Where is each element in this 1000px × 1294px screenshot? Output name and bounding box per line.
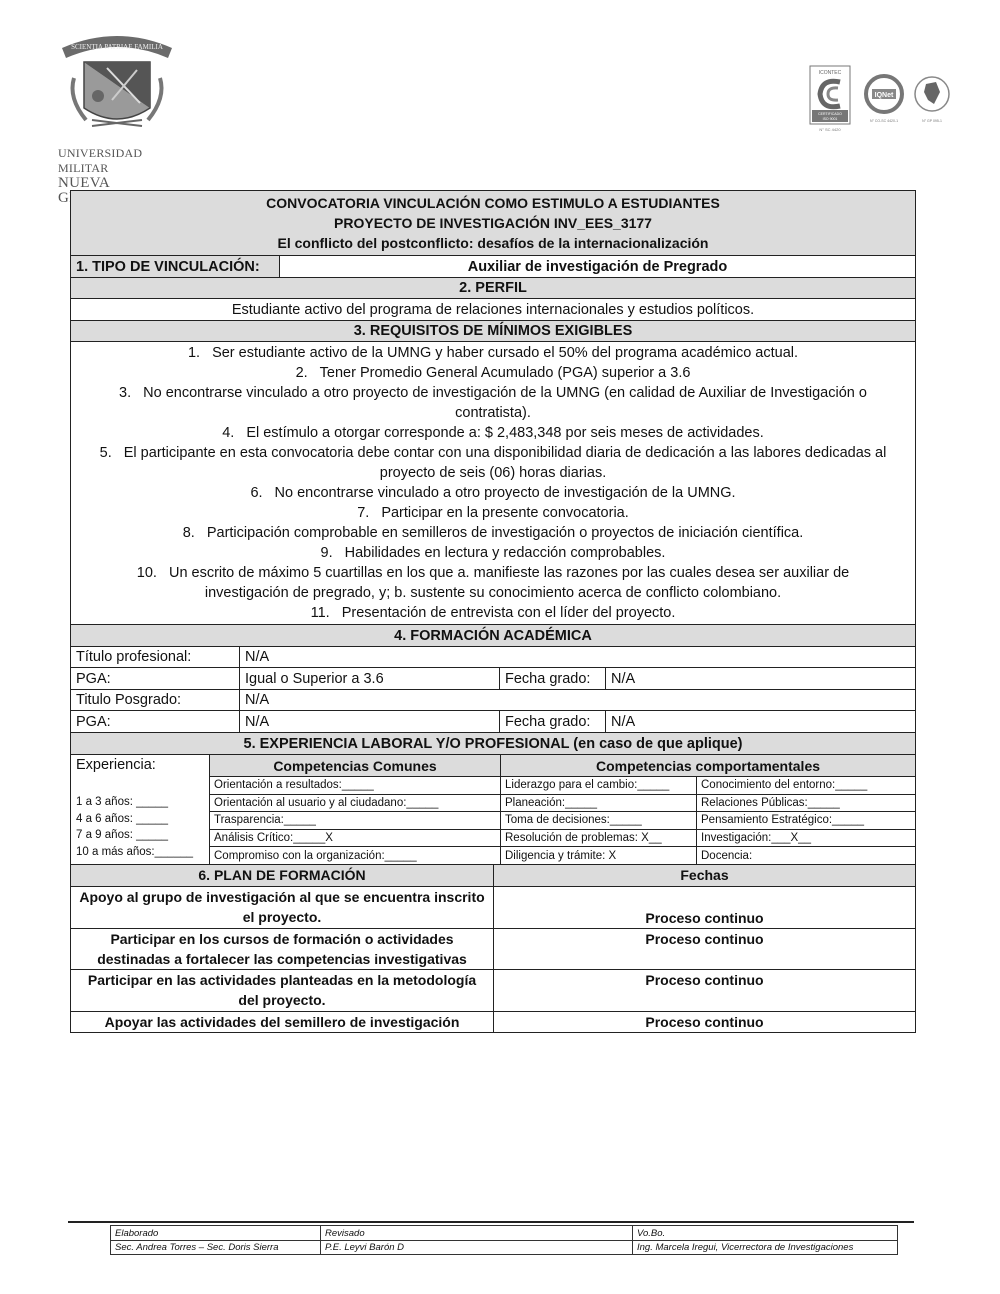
- plan-activity: Participar en las actividades planteadas…: [71, 970, 493, 1011]
- footer-divider: [68, 1221, 914, 1223]
- experiencia-option: 4 a 6 años: _____: [76, 811, 204, 828]
- experiencia-option: 10 a más años:______: [76, 844, 204, 861]
- footer-values-row: Sec. Andrea Torres – Sec. Doris Sierra P…: [111, 1240, 897, 1254]
- pga-value: N/A: [239, 711, 499, 732]
- requisito-item: 11.Presentación de entrevista con el líd…: [79, 603, 907, 623]
- plan-date: Proceso continuo: [493, 887, 915, 928]
- footer-vobo-value: Ing. Marcela Iregui, Vicerrectora de Inv…: [632, 1241, 897, 1254]
- footer-elaborado-label: Elaborado: [111, 1226, 320, 1240]
- competencias-comportamentales-heading: Competencias comportamentales: [500, 755, 915, 776]
- fecha-grado-value: N/A: [605, 668, 915, 689]
- svg-text:N° CO-SC 4420-1: N° CO-SC 4420-1: [870, 119, 898, 123]
- requisito-item: 1.Ser estudiante activo de la UMNG y hab…: [79, 343, 907, 363]
- svg-text:ISO 9001: ISO 9001: [823, 117, 838, 121]
- perfil-heading-row: 2. PERFIL: [71, 277, 915, 298]
- tipo-vinculacion-label: 1. TIPO DE VINCULACIÓN:: [71, 256, 279, 277]
- requisitos-heading: 3. REQUISITOS DE MÍNIMOS EXIGIBLES: [71, 321, 915, 341]
- footer-header-row: Elaborado Revisado Vo.Bo.: [111, 1226, 897, 1240]
- university-crest-icon: SCIENTIA PATRIAE FAMILIA: [52, 28, 182, 136]
- svg-text:IQNet: IQNet: [875, 92, 894, 99]
- plan-date: Proceso continuo: [493, 1012, 915, 1032]
- svg-text:ICONTEC: ICONTEC: [819, 70, 842, 76]
- titulo-profesional-label: Título profesional:: [71, 647, 239, 667]
- pga-row-1: PGA: Igual o Superior a 3.6 Fecha grado:…: [71, 667, 915, 689]
- experiencia-option: 7 a 9 años: _____: [76, 827, 204, 844]
- experiencia-heading: 5. EXPERIENCIA LABORAL Y/O PROFESIONAL (…: [71, 733, 915, 754]
- requisito-item: 6.No encontrarse vinculado a otro proyec…: [79, 483, 907, 503]
- requisito-item: 7.Participar en la presente convocatoria…: [79, 503, 907, 523]
- titulo-posgrado-row: Titulo Posgrado: N/A: [71, 689, 915, 710]
- plan-activity: Apoyar las actividades del semillero de …: [71, 1012, 493, 1032]
- footer-revisado-value: P.E. Leyvi Barón D: [320, 1241, 632, 1254]
- tipo-vinculacion-row: 1. TIPO DE VINCULACIÓN: Auxiliar de inve…: [71, 255, 915, 277]
- pga-row-2: PGA: N/A Fecha grado: N/A: [71, 710, 915, 732]
- perfil-row: Estudiante activo del programa de relaci…: [71, 298, 915, 320]
- svg-text:N° GP 095-1: N° GP 095-1: [922, 119, 942, 123]
- competencias-grid: Competencias Comunes Competencias compor…: [209, 755, 915, 864]
- convocatoria-form: CONVOCATORIA VINCULACIÓN COMO ESTIMULO A…: [70, 190, 916, 1033]
- titulo-profesional-row: Título profesional: N/A: [71, 646, 915, 667]
- requisito-item: 8.Participación comprobable en semillero…: [79, 523, 907, 543]
- experiencia-heading-row: 5. EXPERIENCIA LABORAL Y/O PROFESIONAL (…: [71, 732, 915, 754]
- fecha-grado-value: N/A: [605, 711, 915, 732]
- requisito-item: 2.Tener Promedio General Acumulado (PGA)…: [79, 363, 907, 383]
- formacion-heading: 4. FORMACIÓN ACADÉMICA: [71, 625, 915, 646]
- competencias-row: Orientación a resultados:_____ Liderazgo…: [210, 776, 915, 794]
- requisito-item: 4.El estímulo a otorgar corresponde a: $…: [79, 423, 907, 443]
- experiencia-block: Experiencia: 1 a 3 años: _____ 4 a 6 año…: [71, 754, 915, 864]
- requisito-item: 3.No encontrarse vinculado a otro proyec…: [79, 383, 907, 423]
- experiencia-label: Experiencia:: [71, 755, 209, 776]
- plan-heading-row: 6. PLAN DE FORMACIÓN Fechas: [71, 864, 915, 886]
- plan-row: Apoyo al grupo de investigación al que s…: [71, 886, 915, 928]
- tipo-vinculacion-value: Auxiliar de investigación de Pregrado: [279, 256, 915, 277]
- svg-text:CERTIFICADO: CERTIFICADO: [818, 112, 842, 116]
- svg-text:N° SC 4420: N° SC 4420: [819, 127, 841, 132]
- plan-row: Participar en los cursos de formación o …: [71, 928, 915, 969]
- requisitos-row: 1.Ser estudiante activo de la UMNG y hab…: [71, 341, 915, 624]
- form-title: CONVOCATORIA VINCULACIÓN COMO ESTIMULO A…: [266, 193, 720, 213]
- iqnet-logo-icon: IQNet N° CO-SC 4420-1: [866, 76, 902, 123]
- footer-revisado-label: Revisado: [320, 1226, 632, 1240]
- titulo-profesional-value: N/A: [239, 647, 915, 667]
- footer-vobo-label: Vo.Bo.: [632, 1226, 897, 1240]
- pga-label: PGA:: [71, 711, 239, 732]
- competencias-comunes-heading: Competencias Comunes: [210, 755, 500, 776]
- perfil-heading: 2. PERFIL: [71, 278, 915, 298]
- footer-approval-table: Elaborado Revisado Vo.Bo. Sec. Andrea To…: [110, 1225, 898, 1255]
- svg-text:SCIENTIA PATRIAE FAMILIA: SCIENTIA PATRIAE FAMILIA: [71, 43, 163, 51]
- requisito-item: 5.El participante en esta convocatoria d…: [79, 443, 907, 483]
- requisito-item: 9.Habilidades en lectura y redacción com…: [79, 543, 907, 563]
- experiencia-years: Experiencia: 1 a 3 años: _____ 4 a 6 año…: [71, 755, 209, 864]
- titulo-posgrado-value: N/A: [239, 690, 915, 710]
- competencias-row: Análisis Crítico:_____X Resolución de pr…: [210, 829, 915, 847]
- requisitos-heading-row: 3. REQUISITOS DE MÍNIMOS EXIGIBLES: [71, 320, 915, 341]
- gp-certification-logo-icon: N° GP 095-1: [915, 77, 949, 123]
- plan-dates-heading: Fechas: [493, 865, 915, 886]
- competencias-row: Trasparencia:_____ Toma de decisiones:__…: [210, 811, 915, 829]
- fecha-grado-label: Fecha grado:: [499, 668, 605, 689]
- requisitos-list: 1.Ser estudiante activo de la UMNG y hab…: [71, 342, 915, 624]
- pga-value: Igual o Superior a 3.6: [239, 668, 499, 689]
- project-code: PROYECTO DE INVESTIGACIÓN INV_EES_3177: [334, 213, 652, 233]
- plan-activity: Apoyo al grupo de investigación al que s…: [71, 887, 493, 928]
- titulo-posgrado-label: Titulo Posgrado:: [71, 690, 239, 710]
- form-title-block: CONVOCATORIA VINCULACIÓN COMO ESTIMULO A…: [71, 191, 915, 255]
- competencias-row: Orientación al usuario y al ciudadano:__…: [210, 794, 915, 812]
- plan-row: Apoyar las actividades del semillero de …: [71, 1011, 915, 1032]
- project-name: El conflicto del postconflicto: desafíos…: [278, 233, 709, 253]
- perfil-text: Estudiante activo del programa de relaci…: [71, 299, 915, 320]
- footer-elaborado-value: Sec. Andrea Torres – Sec. Doris Sierra: [111, 1241, 320, 1254]
- fecha-grado-label: Fecha grado:: [499, 711, 605, 732]
- experiencia-option: 1 a 3 años: _____: [76, 794, 204, 811]
- plan-date: Proceso continuo: [493, 970, 915, 1011]
- certification-logos: ICONTEC CERTIFICADO ISO 9001 N° SC 4420 …: [808, 64, 958, 136]
- pga-label: PGA:: [71, 668, 239, 689]
- requisito-item: 10.Un escrito de máximo 5 cuartillas en …: [79, 563, 907, 603]
- competencias-row: Compromiso con la organización:_____ Dil…: [210, 846, 915, 864]
- formacion-heading-row: 4. FORMACIÓN ACADÉMICA: [71, 624, 915, 646]
- plan-activity: Participar en los cursos de formación o …: [71, 929, 493, 969]
- icontec-logo-icon: ICONTEC CERTIFICADO ISO 9001 N° SC 4420: [810, 66, 850, 132]
- plan-date: Proceso continuo: [493, 929, 915, 969]
- plan-heading: 6. PLAN DE FORMACIÓN: [71, 865, 493, 886]
- plan-row: Participar en las actividades planteadas…: [71, 969, 915, 1011]
- university-logo: SCIENTIA PATRIAE FAMILIA UNIVERSIDAD MIL…: [52, 28, 182, 166]
